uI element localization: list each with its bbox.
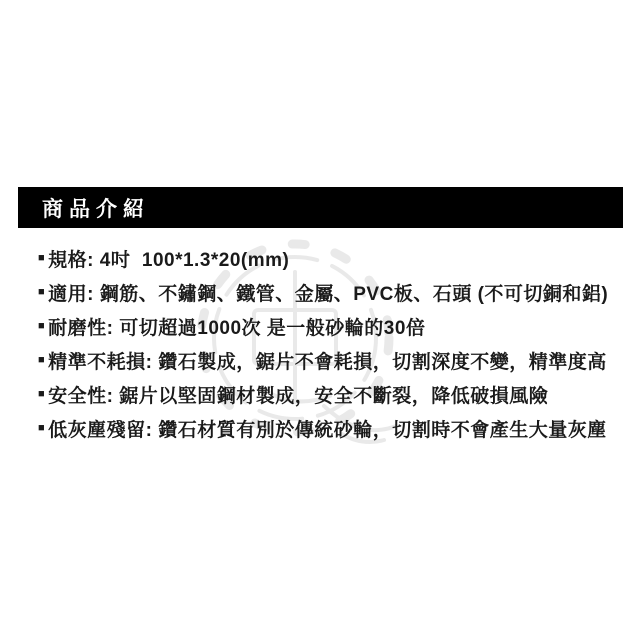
spec-text: 耐磨性: 可切超過1000次 是一般砂輪的30倍: [48, 313, 425, 340]
square-bullet-icon: ■: [38, 287, 45, 298]
spec-item-low-dust: ■ 低灰塵殘留: 鑽石材質有別於傳統砂輪，切割時不會產生大量灰塵: [38, 411, 630, 445]
section-title: 商品介紹: [42, 193, 150, 223]
spec-item-safety: ■ 安全性: 鋸片以堅固鋼材製成，安全不斷裂，降低破損風險: [38, 377, 630, 411]
square-bullet-icon: ■: [38, 389, 45, 400]
square-bullet-icon: ■: [38, 355, 45, 366]
spec-item-application: ■ 適用: 鋼筋、不鏽鋼、鐵管、金屬、PVC板、石頭 (不可切銅和鋁): [38, 275, 630, 309]
spec-text: 適用: 鋼筋、不鏽鋼、鐵管、金屬、PVC板、石頭 (不可切銅和鋁): [48, 279, 608, 306]
spec-list: ■ 規格: 4吋 100*1.3*20(mm) ■ 適用: 鋼筋、不鏽鋼、鐵管、…: [38, 241, 630, 445]
square-bullet-icon: ■: [38, 321, 45, 332]
section-header: 商品介紹: [18, 187, 623, 228]
spec-text: 低灰塵殘留: 鑽石材質有別於傳統砂輪，切割時不會產生大量灰塵: [48, 415, 607, 442]
spec-item-precision: ■ 精準不耗損: 鑽石製成，鋸片不會耗損，切割深度不變，精準度高: [38, 343, 630, 377]
square-bullet-icon: ■: [38, 253, 45, 264]
spec-text: 規格: 4吋 100*1.3*20(mm): [48, 245, 289, 272]
square-bullet-icon: ■: [38, 423, 45, 434]
spec-item-size: ■ 規格: 4吋 100*1.3*20(mm): [38, 241, 630, 275]
product-intro-panel: 商品介紹 ■ 規格: 4吋 100*1.3*20(mm) ■ 適用: 鋼筋、不鏽…: [0, 0, 640, 640]
spec-item-durability: ■ 耐磨性: 可切超過1000次 是一般砂輪的30倍: [38, 309, 630, 343]
spec-text: 安全性: 鋸片以堅固鋼材製成，安全不斷裂，降低破損風險: [48, 381, 548, 408]
spec-text: 精準不耗損: 鑽石製成，鋸片不會耗損，切割深度不變，精準度高: [48, 347, 607, 374]
